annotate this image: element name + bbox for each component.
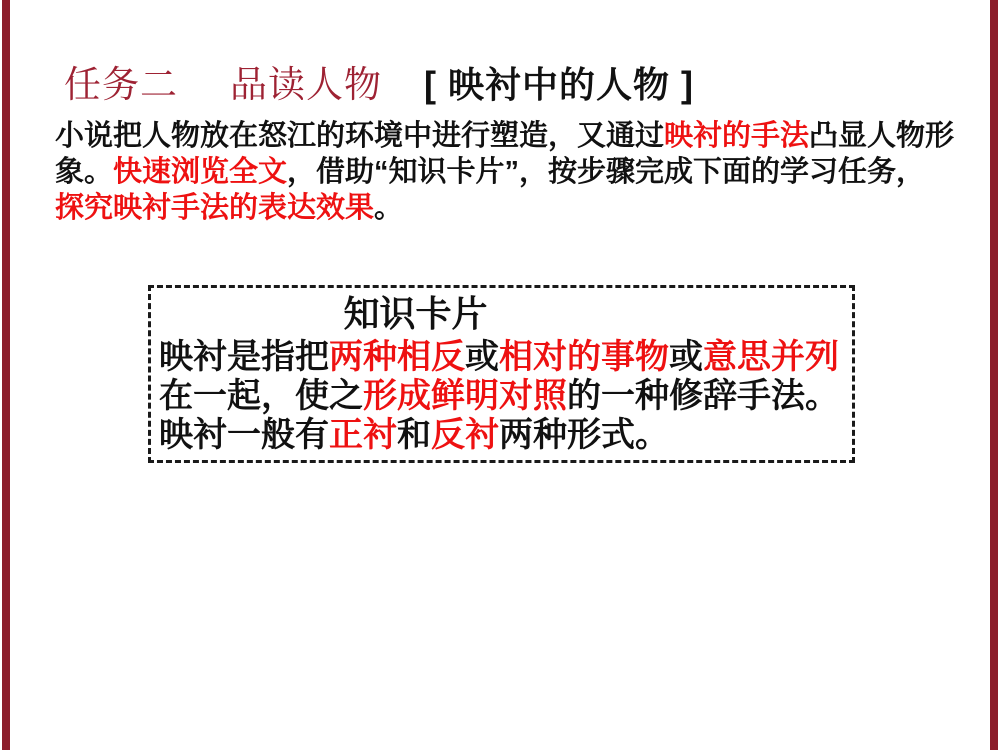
text-segment: 正衬 [329, 416, 397, 454]
text-segment: 或 [669, 338, 703, 376]
text-segment: 和 [397, 416, 431, 454]
text-segment: 意思并列 [703, 338, 839, 376]
card-line: 在一起，使之形成鲜明对照的一种修辞手法。 [159, 377, 852, 416]
text-segment: 在一起，使之 [159, 377, 363, 415]
text-segment: 探究映衬手法的表达效果 [55, 192, 374, 224]
intro-line: 象。快速浏览全文，借助“知识卡片”，按步骤完成下面的学习任务， [55, 154, 954, 190]
text-segment: 的一种修辞手法。 [567, 377, 839, 415]
text-segment: 凸显人物形 [809, 120, 954, 152]
text-segment: 两种相反 [329, 338, 465, 376]
text-segment: 相对的事物 [499, 338, 669, 376]
text-segment: 映衬一般有 [159, 416, 329, 454]
left-accent-bar [2, 0, 10, 750]
text-segment: 或 [465, 338, 499, 376]
text-segment: 快速浏览全文 [113, 156, 287, 188]
title-bracket-subtitle: [ 映衬中的人物 ] [424, 64, 694, 105]
right-accent-bar [990, 0, 998, 750]
text-segment: 两种形式。 [499, 416, 669, 454]
text-segment: 。 [374, 192, 403, 224]
intro-line: 小说把人物放在怒江的环境中进行塑造，又通过映衬的手法凸显人物形 [55, 118, 954, 154]
text-segment: 映衬的手法 [664, 120, 809, 152]
task-title-text: 品读人物 [230, 64, 382, 105]
text-segment: 象。 [55, 156, 113, 188]
card-line: 映衬是指把两种相反或相对的事物或意思并列 [159, 338, 852, 377]
card-line: 映衬一般有正衬和反衬两种形式。 [159, 416, 852, 455]
knowledge-card: 知识卡片 映衬是指把两种相反或相对的事物或意思并列 在一起，使之形成鲜明对照的一… [148, 285, 855, 463]
intro-line: 探究映衬手法的表达效果。 [55, 190, 954, 226]
intro-paragraph: 小说把人物放在怒江的环境中进行塑造，又通过映衬的手法凸显人物形 象。快速浏览全文… [55, 118, 954, 226]
text-segment: ，借助“知识卡片”，按步骤完成下面的学习任务， [287, 156, 925, 188]
text-segment: 小说把人物放在怒江的环境中进行塑造，又通过 [55, 120, 664, 152]
task-number-label: 任务二 [64, 64, 178, 105]
knowledge-card-title: 知识卡片 [159, 290, 672, 338]
text-segment: 形成鲜明对照 [363, 377, 567, 415]
presentation-slide: 任务二品读人物[ 映衬中的人物 ] 小说把人物放在怒江的环境中进行塑造，又通过映… [0, 0, 1000, 750]
text-segment: 映衬是指把 [159, 338, 329, 376]
text-segment: 反衬 [431, 416, 499, 454]
slide-title: 任务二品读人物[ 映衬中的人物 ] [64, 54, 694, 108]
